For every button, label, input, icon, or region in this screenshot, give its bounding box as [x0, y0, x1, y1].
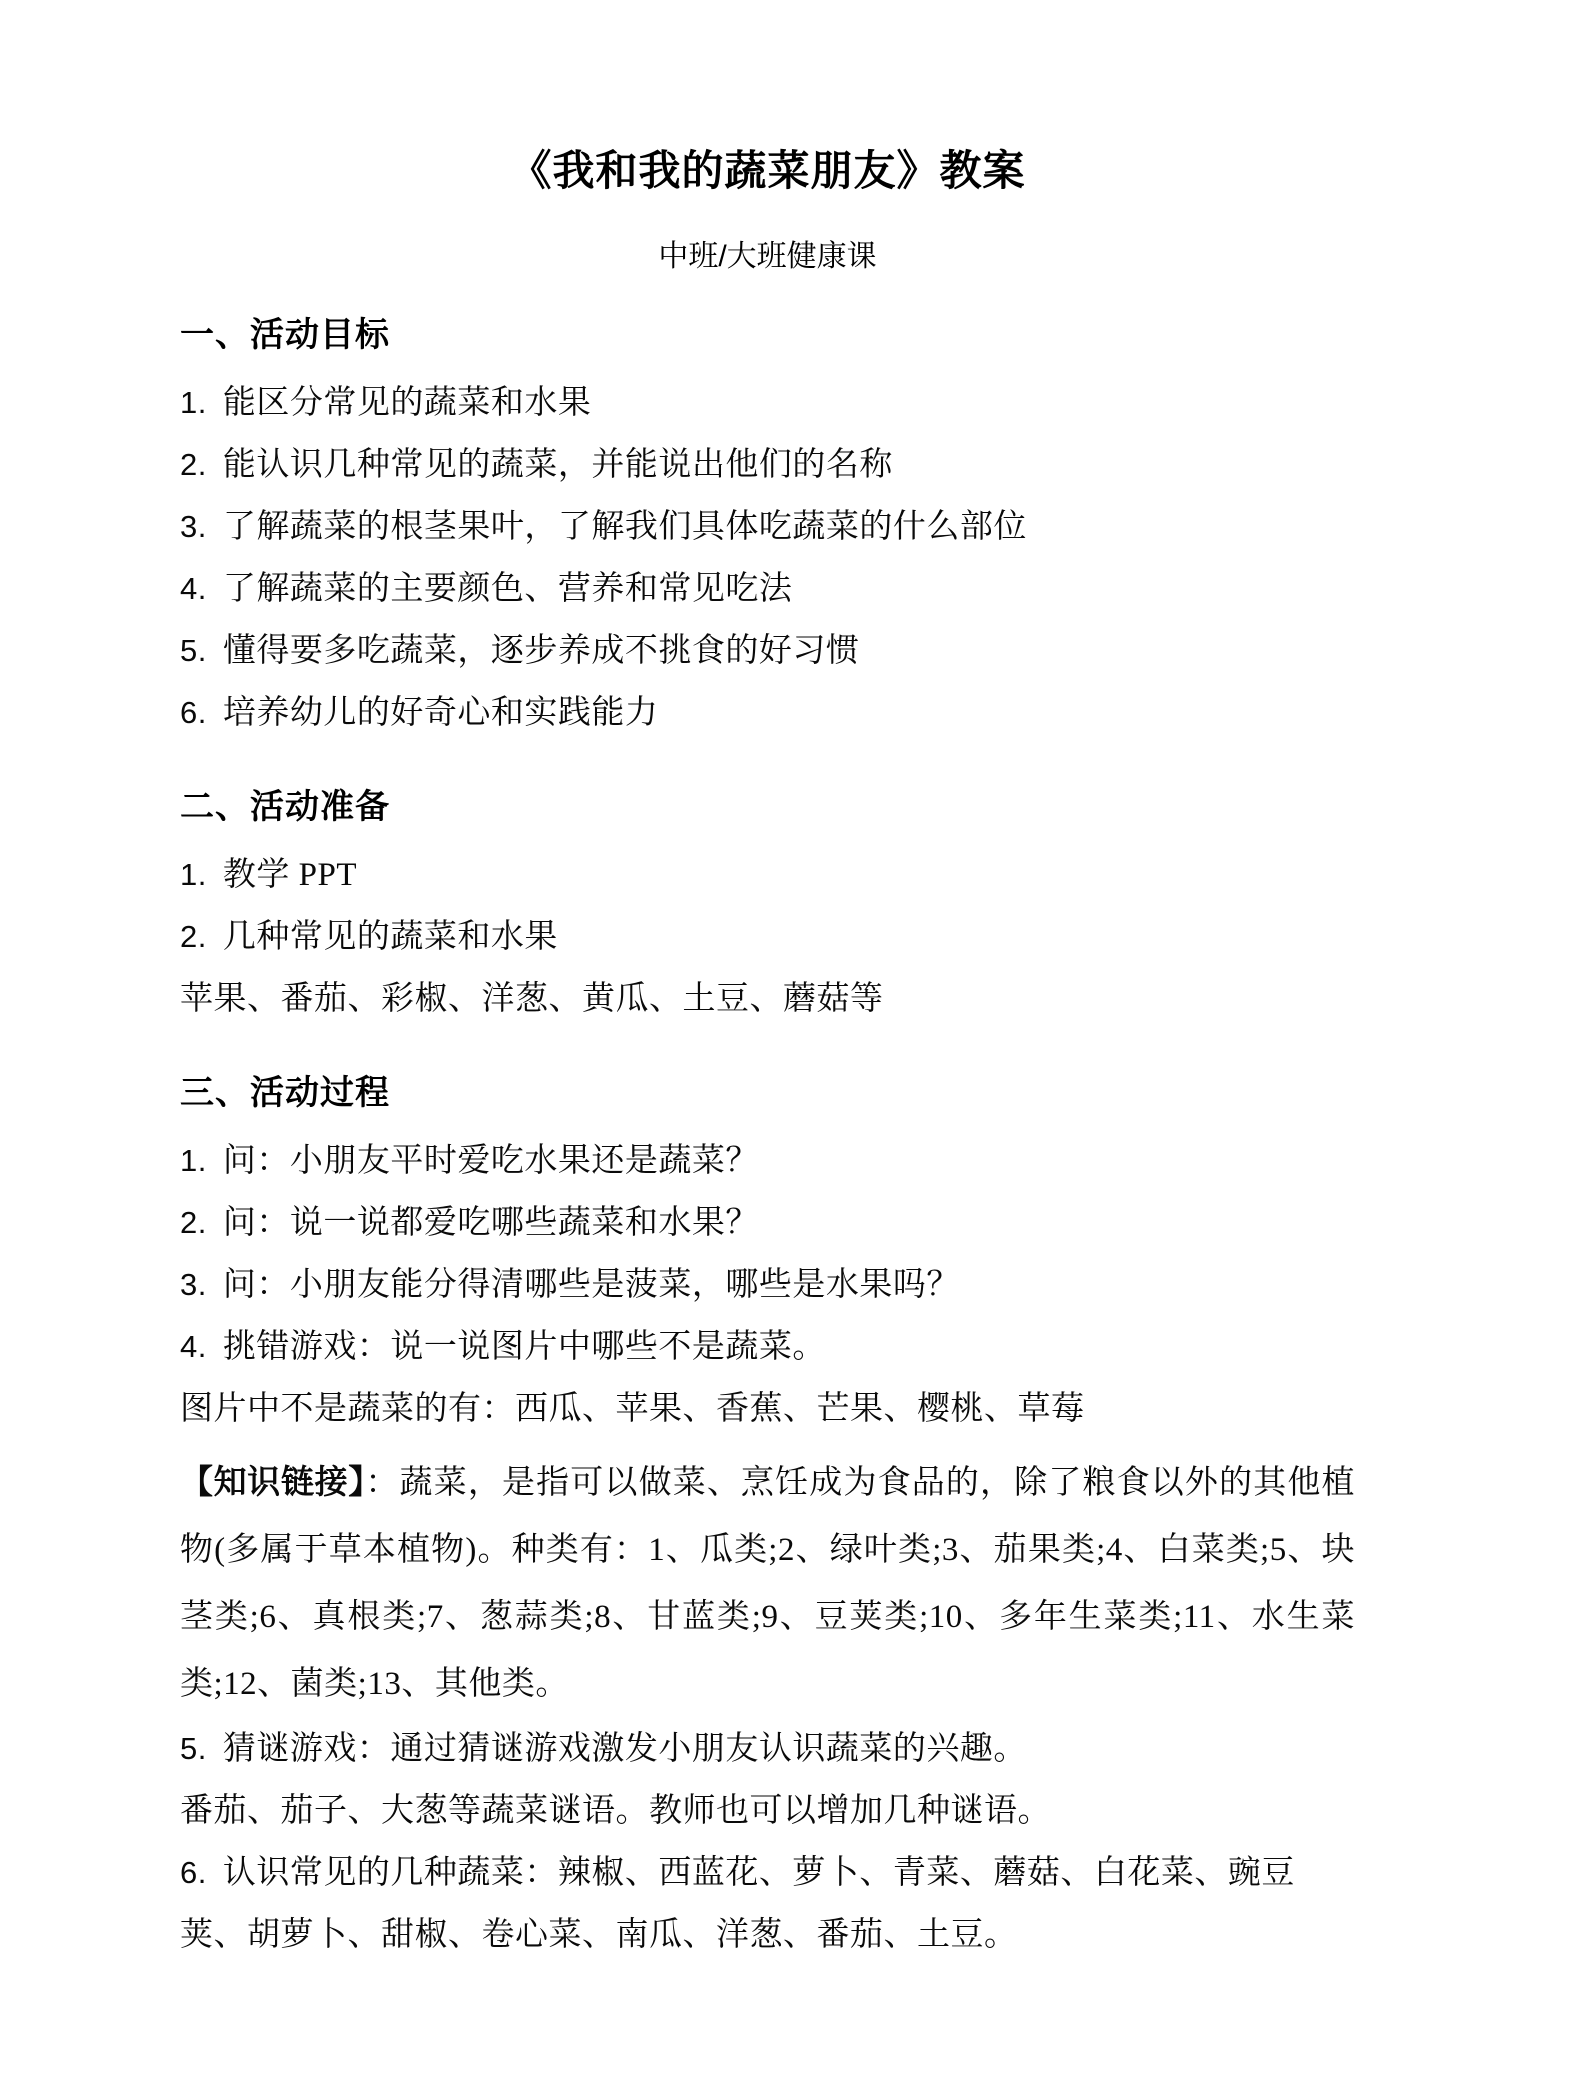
item-number: 1.: [180, 385, 207, 420]
goal-item: 5.懂得要多吃蔬菜，逐步养成不挑食的好习惯: [180, 620, 1355, 682]
item-text: 问：说一说都爱吃哪些蔬菜和水果？: [223, 1205, 759, 1241]
item-number: 4.: [180, 571, 207, 606]
riddle-note: 番茄、茄子、大葱等蔬菜谜语。教师也可以增加几种谜语。: [180, 1780, 1355, 1842]
item-text: 猜谜游戏：通过猜谜游戏激发小朋友认识蔬菜的兴趣。: [223, 1731, 1027, 1767]
item-text: 挑错游戏：说一说图片中哪些不是蔬菜。: [223, 1329, 826, 1365]
goal-item: 2.能认识几种常见的蔬菜，并能说出他们的名称: [180, 434, 1355, 496]
process-item: 3.问：小朋友能分得清哪些是菠菜，哪些是水果吗？: [180, 1254, 1355, 1316]
item-text: 教学 PPT: [223, 857, 357, 893]
item-number: 3.: [180, 509, 207, 544]
process-item: 2.问：说一说都爱吃哪些蔬菜和水果？: [180, 1192, 1355, 1254]
item-text: 懂得要多吃蔬菜，逐步养成不挑食的好习惯: [223, 633, 860, 669]
goal-item: 4.了解蔬菜的主要颜色、营养和常见吃法: [180, 558, 1355, 620]
knowledge-link-text: ：蔬菜，是指可以做菜、烹饪成为食品的，除了粮食以外的其他植物(多属于草本植物)。…: [180, 1465, 1355, 1702]
item-number: 6.: [180, 1855, 207, 1890]
item-text: 了解蔬菜的主要颜色、营养和常见吃法: [223, 571, 793, 607]
goal-item: 6.培养幼儿的好奇心和实践能力: [180, 682, 1355, 744]
item-number: 5.: [180, 1731, 207, 1766]
doc-title: 《我和我的蔬菜朋友》教案: [180, 150, 1355, 192]
item-number: 5.: [180, 633, 207, 668]
process-item: 5.猜谜游戏：通过猜谜游戏激发小朋友认识蔬菜的兴趣。: [180, 1718, 1355, 1780]
item-number: 4.: [180, 1329, 207, 1364]
process-item: 4.挑错游戏：说一说图片中哪些不是蔬菜。: [180, 1316, 1355, 1378]
item-text: 能认识几种常见的蔬菜，并能说出他们的名称: [223, 447, 893, 483]
goal-item: 1.能区分常见的蔬菜和水果: [180, 372, 1355, 434]
item-number: 2.: [180, 1205, 207, 1240]
document-page: 《我和我的蔬菜朋友》教案 中班/大班健康课 一、活动目标 1.能区分常见的蔬菜和…: [0, 0, 1587, 2089]
prep-item: 2.几种常见的蔬菜和水果: [180, 906, 1355, 968]
item-text: 能区分常见的蔬菜和水果: [223, 385, 592, 421]
item-number: 3.: [180, 1267, 207, 1302]
process-item: 1.问：小朋友平时爱吃水果还是蔬菜？: [180, 1130, 1355, 1192]
prep-item: 1.教学 PPT: [180, 844, 1355, 906]
item-number: 6.: [180, 695, 207, 730]
knowledge-link-label: 【知识链接】: [180, 1463, 365, 1500]
item-number: 1.: [180, 857, 207, 892]
item-text: 问：小朋友能分得清哪些是菠菜，哪些是水果吗？: [223, 1267, 960, 1303]
not-vegetables-note: 图片中不是蔬菜的有：西瓜、苹果、香蕉、芒果、樱桃、草莓: [180, 1378, 1355, 1440]
section-heading-prep: 二、活动准备: [180, 790, 1355, 824]
goal-item: 3.了解蔬菜的根茎果叶，了解我们具体吃蔬菜的什么部位: [180, 496, 1355, 558]
item-number: 2.: [180, 919, 207, 954]
knowledge-link-paragraph: 【知识链接】：蔬菜，是指可以做菜、烹饪成为食品的，除了粮食以外的其他植物(多属于…: [180, 1448, 1355, 1718]
item-number: 2.: [180, 447, 207, 482]
section-heading-goals: 一、活动目标: [180, 318, 1355, 352]
item-text: 认识常见的几种蔬菜：辣椒、西蓝花、萝卜、青菜、蘑菇、白花菜、豌豆荚、胡萝卜、甜椒…: [180, 1855, 1295, 1953]
item-text: 问：小朋友平时爱吃水果还是蔬菜？: [223, 1143, 759, 1179]
section-heading-process: 三、活动过程: [180, 1076, 1355, 1110]
doc-subtitle: 中班/大班健康课: [180, 242, 1355, 272]
item-text: 培养幼儿的好奇心和实践能力: [223, 695, 659, 731]
item-number: 1.: [180, 1143, 207, 1178]
process-item: 6.认识常见的几种蔬菜：辣椒、西蓝花、萝卜、青菜、蘑菇、白花菜、豌豆荚、胡萝卜、…: [180, 1842, 1355, 1966]
item-text: 几种常见的蔬菜和水果: [223, 919, 558, 955]
prep-materials-note: 苹果、番茄、彩椒、洋葱、黄瓜、土豆、蘑菇等: [180, 968, 1355, 1030]
item-text: 了解蔬菜的根茎果叶，了解我们具体吃蔬菜的什么部位: [223, 509, 1027, 545]
